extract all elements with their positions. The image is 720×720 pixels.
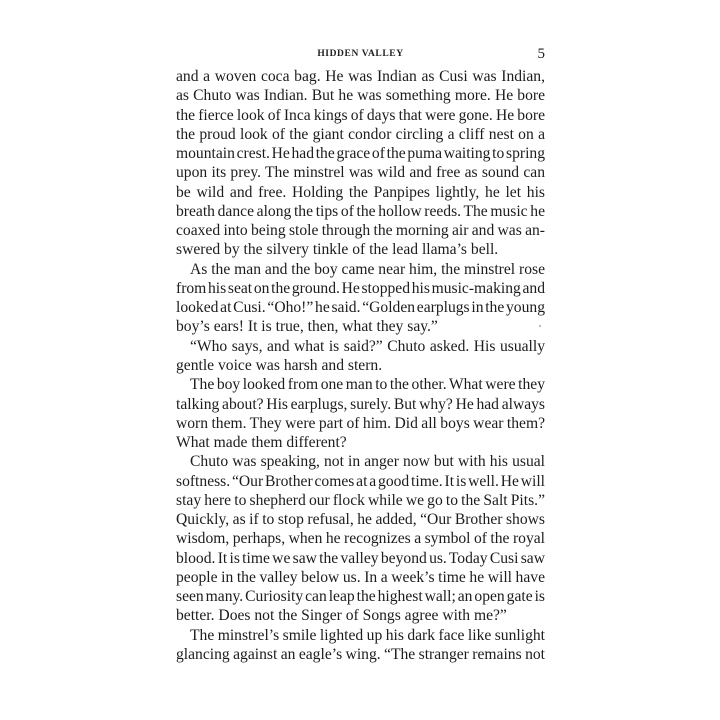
body-text: and a woven coca bag. He was Indian as C… bbox=[176, 67, 545, 664]
text-line: be wild and free. Holding the Panpipes l… bbox=[176, 183, 545, 202]
page-number: 5 bbox=[538, 46, 546, 63]
text-line: blood. It is time we saw the valley beyo… bbox=[176, 549, 545, 568]
running-title: HIDDEN VALLEY bbox=[176, 49, 545, 59]
text-line: and a woven coca bag. He was Indian as C… bbox=[176, 67, 545, 86]
text-line: What made them different? bbox=[176, 433, 545, 452]
paragraph-first-line: As the man and the boy came near him, th… bbox=[176, 260, 545, 279]
text-line: better. Does not the Singer of Songs agr… bbox=[176, 606, 545, 625]
running-head: HIDDEN VALLEY 5 bbox=[176, 47, 545, 63]
paragraph-first-line: “Who says, and what is said?” Chuto aske… bbox=[176, 337, 545, 356]
text-line: glancing against an eagle’s wing. “The s… bbox=[176, 645, 545, 664]
text-line: coaxed into being stole through the morn… bbox=[176, 221, 545, 240]
text-line: talking about? His earplugs, surely. But… bbox=[176, 395, 545, 414]
text-line: boy’s ears! It is true, then, what they … bbox=[176, 317, 545, 336]
text-line: mountain crest. He had the grace of the … bbox=[176, 144, 545, 163]
scan-speck bbox=[539, 325, 541, 327]
text-line: the proud look of the giant condor circl… bbox=[176, 125, 545, 144]
text-line: upon its prey. The minstrel was wild and… bbox=[176, 163, 545, 182]
text-line: gentle voice was harsh and stern. bbox=[176, 356, 545, 375]
paragraph-first-line: The boy looked from one man to the other… bbox=[176, 375, 545, 394]
text-line: wisdom, perhaps, when he recognizes a sy… bbox=[176, 529, 545, 548]
text-line: softness. “Our Brother comes at a good t… bbox=[176, 472, 545, 491]
text-line: breath dance along the tips of the hollo… bbox=[176, 202, 545, 221]
text-line: swered by the silvery tinkle of the lead… bbox=[176, 240, 545, 259]
paragraph-first-line: Chuto was speaking, not in anger now but… bbox=[176, 452, 545, 471]
text-line: as Chuto was Indian. But he was somethin… bbox=[176, 86, 545, 105]
text-line: from his seat on the ground. He stopped … bbox=[176, 279, 545, 298]
text-line: Quickly, as if to stop refusal, he added… bbox=[176, 510, 545, 529]
book-page: HIDDEN VALLEY 5 and a woven coca bag. He… bbox=[176, 0, 545, 720]
text-line: looked at Cusi. “Oho!” he said. “Golden … bbox=[176, 298, 545, 317]
paragraph-first-line: The minstrel’s smile lighted up his dark… bbox=[176, 626, 545, 645]
text-line: stay here to shepherd our flock while we… bbox=[176, 491, 545, 510]
text-line: people in the valley below us. In a week… bbox=[176, 568, 545, 587]
text-line: seen many. Curiosity can leap the highes… bbox=[176, 587, 545, 606]
text-line: the fierce look of Inca kings of days th… bbox=[176, 106, 545, 125]
text-line: worn them. They were part of him. Did al… bbox=[176, 414, 545, 433]
